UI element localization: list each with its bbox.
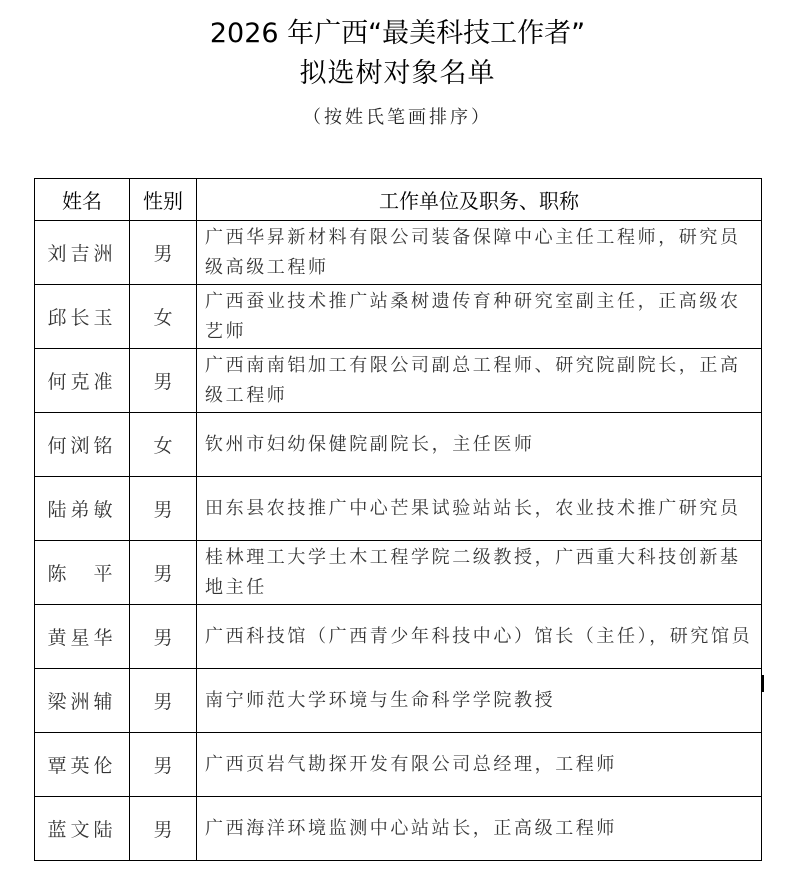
cell-gender: 男	[130, 797, 197, 861]
cell-name: 刘吉洲	[35, 221, 130, 285]
cell-unit: 桂林理工大学土木工程学院二级教授，广西重大科技创新基地主任	[197, 541, 762, 605]
document-title-line2: 拟选树对象名单	[0, 54, 795, 94]
header-name: 姓名	[35, 179, 130, 221]
cell-name: 何克准	[35, 349, 130, 413]
cell-name: 邱长玉	[35, 285, 130, 349]
cell-name: 陆弟敏	[35, 477, 130, 541]
table-row: 何克准 男 广西南南铝加工有限公司副总工程师、研究院副院长，正高级工程师	[35, 349, 762, 413]
cell-name: 覃英伦	[35, 733, 130, 797]
table-row: 陆弟敏 男 田东县农技推广中心芒果试验站站长，农业技术推广研究员	[35, 477, 762, 541]
cell-gender: 男	[130, 541, 197, 605]
cell-unit: 广西南南铝加工有限公司副总工程师、研究院副院长，正高级工程师	[197, 349, 762, 413]
cell-gender: 男	[130, 605, 197, 669]
cell-unit: 广西海洋环境监测中心站站长，正高级工程师	[197, 797, 762, 861]
text-cursor-mark	[761, 675, 764, 692]
header-gender: 性别	[130, 179, 197, 221]
cell-unit: 广西蚕业技术推广站桑树遗传育种研究室副主任，正高级农艺师	[197, 285, 762, 349]
cell-gender: 男	[130, 349, 197, 413]
document-subtitle: （按姓氏笔画排序）	[0, 104, 795, 132]
candidate-table: 姓名 性别 工作单位及职务、职称 刘吉洲 男 广西华昇新材料有限公司装备保障中心…	[34, 178, 762, 861]
table-row: 邱长玉 女 广西蚕业技术推广站桑树遗传育种研究室副主任，正高级农艺师	[35, 285, 762, 349]
table-header-row: 姓名 性别 工作单位及职务、职称	[35, 179, 762, 221]
cell-unit: 田东县农技推广中心芒果试验站站长，农业技术推广研究员	[197, 477, 762, 541]
table-row: 刘吉洲 男 广西华昇新材料有限公司装备保障中心主任工程师，研究员级高级工程师	[35, 221, 762, 285]
cell-name: 蓝文陆	[35, 797, 130, 861]
cell-gender: 男	[130, 477, 197, 541]
table-row: 陈 平 男 桂林理工大学土木工程学院二级教授，广西重大科技创新基地主任	[35, 541, 762, 605]
cell-gender: 女	[130, 413, 197, 477]
cell-gender: 男	[130, 733, 197, 797]
cell-unit: 广西华昇新材料有限公司装备保障中心主任工程师，研究员级高级工程师	[197, 221, 762, 285]
cell-name: 陈 平	[35, 541, 130, 605]
table-row: 何浏铭 女 钦州市妇幼保健院副院长，主任医师	[35, 413, 762, 477]
header-unit: 工作单位及职务、职称	[197, 179, 762, 221]
cell-gender: 男	[130, 669, 197, 733]
cell-name: 黄星华	[35, 605, 130, 669]
cell-unit: 钦州市妇幼保健院副院长，主任医师	[197, 413, 762, 477]
table-row: 梁洲辅 男 南宁师范大学环境与生命科学学院教授	[35, 669, 762, 733]
cell-unit: 广西页岩气勘探开发有限公司总经理，工程师	[197, 733, 762, 797]
cell-gender: 女	[130, 285, 197, 349]
cell-name: 梁洲辅	[35, 669, 130, 733]
table-row: 覃英伦 男 广西页岩气勘探开发有限公司总经理，工程师	[35, 733, 762, 797]
table-row: 蓝文陆 男 广西海洋环境监测中心站站长，正高级工程师	[35, 797, 762, 861]
cell-unit: 广西科技馆（广西青少年科技中心）馆长（主任），研究馆员	[197, 605, 762, 669]
document-title-line1: 2026 年广西“最美科技工作者”	[0, 14, 795, 54]
cell-gender: 男	[130, 221, 197, 285]
table-row: 黄星华 男 广西科技馆（广西青少年科技中心）馆长（主任），研究馆员	[35, 605, 762, 669]
cell-name: 何浏铭	[35, 413, 130, 477]
cell-unit: 南宁师范大学环境与生命科学学院教授	[197, 669, 762, 733]
